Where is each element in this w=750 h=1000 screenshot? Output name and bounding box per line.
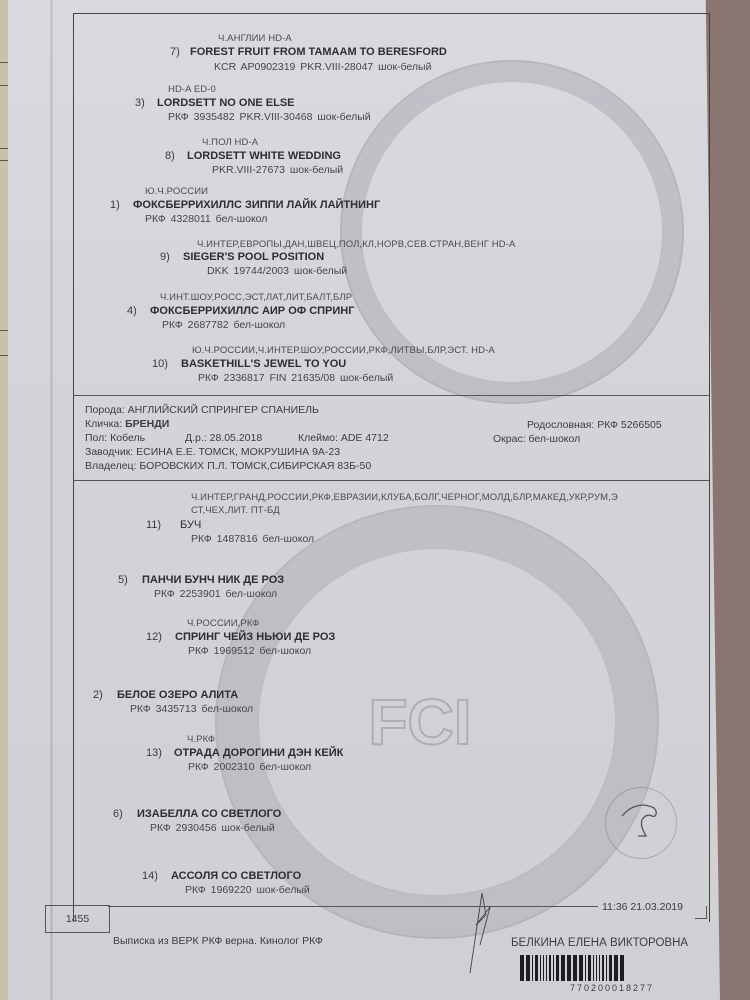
footer-rule bbox=[108, 906, 598, 907]
ancestor-13-titles: Ч.РКФ bbox=[187, 734, 215, 745]
paper-fold bbox=[50, 0, 53, 1000]
ancestor-11-name: БУЧ bbox=[180, 519, 201, 531]
barcode-bar bbox=[540, 955, 541, 981]
ancestor-10-name: BASKETHILL'S JEWEL TO YOU bbox=[181, 358, 346, 370]
breeder-value: Заводчик: ЕСИНА Е.Е. ТОМСК, МОКРУШИНА 9А… bbox=[85, 446, 340, 458]
barcode-bar bbox=[553, 955, 554, 981]
ancestor-2-number: 2) bbox=[93, 689, 103, 701]
ancestor-5-name: ПАНЧИ БУНЧ НИК ДЕ РОЗ bbox=[142, 574, 284, 586]
barcode bbox=[520, 955, 725, 981]
print-timestamp: 11:36 21.03.2019 bbox=[602, 901, 683, 913]
ancestor-8-registration: PKR.VIII-27673 шок-белый bbox=[212, 164, 343, 176]
pedigree-number: Родословная: РКФ 5266505 bbox=[527, 419, 662, 431]
ancestor-1-titles: Ю.Ч.РОССИИ bbox=[145, 186, 208, 197]
tattoo-value: Клеймо: ADE 4712 bbox=[298, 432, 389, 444]
barcode-bar bbox=[602, 955, 604, 981]
barcode-bar bbox=[609, 955, 612, 981]
ancestor-5-number: 5) bbox=[118, 574, 128, 586]
barcode-bar bbox=[546, 955, 547, 981]
frame-corner-mark bbox=[706, 906, 707, 918]
ancestor-12-name: СПРИНГ ЧЕЙЗ НЬЮИ ДЕ РОЗ bbox=[175, 631, 335, 643]
ancestor-9-number: 9) bbox=[160, 251, 170, 263]
barcode-bar bbox=[543, 955, 544, 981]
ancestor-6-name: ИЗАБЕЛЛА СО СВЕТЛОГО bbox=[137, 808, 281, 820]
breed-label: Порода: bbox=[85, 404, 125, 416]
owner-value: Владелец: БОРОВСКИХ П.Л. ТОМСК,СИБИРСКАЯ… bbox=[85, 460, 371, 472]
barcode-bar bbox=[599, 955, 600, 981]
ancestor-1-registration: РКФ 4328011 бел-шокол bbox=[145, 213, 267, 225]
barcode-bar bbox=[593, 955, 594, 981]
document-number-box: 1455 bbox=[45, 905, 110, 933]
ancestor-4-number: 4) bbox=[127, 305, 137, 317]
barcode-bar bbox=[526, 955, 530, 981]
ancestor-1-name: ФОКСБЕРРИХИЛЛС ЗИППИ ЛАЙК ЛАЙТНИНГ bbox=[133, 199, 380, 211]
ancestor-3-registration: РКФ 3935482 PKR.VIII-30468 шок-белый bbox=[168, 111, 371, 123]
ancestor-7-name: FOREST FRUIT FROM TAMAAM TO BERESFORD bbox=[190, 46, 447, 58]
color-value: Окрас: бел-шокол bbox=[493, 433, 580, 445]
ancestor-10-registration: РКФ 2336817 FIN 21635/08 шок-белый bbox=[198, 372, 393, 384]
ancestor-12-registration: РКФ 1969512 бел-шокол bbox=[188, 645, 311, 657]
ancestor-8-number: 8) bbox=[165, 150, 175, 162]
ancestor-4-registration: РКФ 2687782 бел-шокол bbox=[162, 319, 285, 331]
ancestor-14-registration: РКФ 1969220 шок-белый bbox=[185, 884, 310, 896]
signature-icon bbox=[450, 885, 500, 975]
barcode-bar bbox=[620, 955, 624, 981]
ancestor-13-number: 13) bbox=[146, 747, 162, 759]
barcode-bar bbox=[573, 955, 577, 981]
ancestor-7-titles: Ч.АНГЛИИ HD-A bbox=[218, 33, 292, 44]
ancestor-2-registration: РКФ 3435713 бел-шокол bbox=[130, 703, 253, 715]
ancestor-14-name: АССОЛЯ СО СВЕТЛОГО bbox=[171, 870, 301, 882]
sex-value: Пол: Кобель bbox=[85, 432, 145, 444]
barcode-bar bbox=[549, 955, 551, 981]
ancestor-11-number: 11) bbox=[146, 519, 161, 531]
barcode-bar bbox=[588, 955, 591, 981]
name-line: Кличка: БРЕНДИ bbox=[85, 418, 169, 430]
ancestor-6-number: 6) bbox=[113, 808, 123, 820]
section-divider-top bbox=[73, 395, 709, 396]
ancestor-9-titles: Ч.ИНТЕР,ЕВРОПЫ,ДАН,ШВЕЦ,ПОЛ,КЛ,НОРВ,СЕВ.… bbox=[197, 239, 515, 250]
frame-corner-mark-2 bbox=[695, 918, 707, 919]
certification-text: Выписка из ВЕРК РКФ верна. Кинолог РКФ bbox=[113, 935, 323, 947]
signatory-name: БЕЛКИНА ЕЛЕНА ВИКТОРОВНА bbox=[511, 937, 688, 949]
ancestor-7-number: 7) bbox=[170, 46, 180, 58]
ancestor-3-titles: HD-A ED-0 bbox=[168, 84, 216, 95]
ancestor-3-number: 3) bbox=[135, 97, 145, 109]
date-of-birth: Д.р.: 28.05.2018 bbox=[185, 432, 262, 444]
ancestor-3-name: LORDSETT NO ONE ELSE bbox=[157, 97, 295, 109]
barcode-bar bbox=[614, 955, 618, 981]
ancestor-6-registration: РКФ 2930456 шок-белый bbox=[150, 822, 275, 834]
barcode-bar bbox=[585, 955, 586, 981]
ancestor-10-number: 10) bbox=[152, 358, 168, 370]
ancestor-1-number: 1) bbox=[110, 199, 120, 211]
breed-value: АНГЛИЙСКИЙ СПРИНГЕР СПАНИЕЛЬ bbox=[128, 404, 319, 416]
ancestor-9-registration: DKK 19744/2003 шок-белый bbox=[207, 265, 347, 277]
ancestor-13-name: ОТРАДА ДОРОГИНИ ДЭН КЕЙК bbox=[174, 747, 343, 759]
ancestor-13-registration: РКФ 2002310 бел-шокол bbox=[188, 761, 311, 773]
ancestor-14-number: 14) bbox=[142, 870, 158, 882]
adjacent-page-edge bbox=[0, 0, 8, 1000]
barcode-bar bbox=[579, 955, 583, 981]
dog-name-value: БРЕНДИ bbox=[125, 418, 169, 430]
ancestor-10-titles: Ю.Ч.РОССИИ,Ч.ИНТЕР.ШОУ,РОССИИ,РКФ,ЛИТВЫ,… bbox=[192, 345, 495, 356]
barcode-bar bbox=[606, 955, 607, 981]
ancestor-5-registration: РКФ 2253901 бел-шокол bbox=[154, 588, 277, 600]
ancestor-12-number: 12) bbox=[146, 631, 162, 643]
ancestor-11-registration: РКФ 1487816 бел-шокол bbox=[191, 533, 314, 545]
ancestor-9-name: SIEGER'S POOL POSITION bbox=[183, 251, 324, 263]
section-divider-bottom bbox=[73, 480, 709, 481]
ancestor-2-name: БЕЛОЕ ОЗЕРО АЛИТА bbox=[117, 689, 238, 701]
barcode-bar bbox=[596, 955, 597, 981]
barcode-bar bbox=[532, 955, 533, 981]
ancestor-4-titles: Ч.ИНТ.ШОУ,РОСС,ЭСТ,ЛАТ,ЛИТ,БАЛТ,БЛР bbox=[160, 292, 352, 303]
ancestor-8-name: LORDSETT WHITE WEDDING bbox=[187, 150, 341, 162]
name-label: Кличка: bbox=[85, 418, 122, 430]
ancestor-11-titles-cont: СТ,ЧЕХ,ЛИТ. ПТ-БД bbox=[191, 505, 280, 516]
ancestor-12-titles: Ч.РОССИИ,РКФ bbox=[187, 618, 259, 629]
barcode-bar bbox=[556, 955, 559, 981]
ancestor-8-titles: Ч.ПОЛ HD-A bbox=[202, 137, 258, 148]
breed-line: Порода: АНГЛИЙСКИЙ СПРИНГЕР СПАНИЕЛЬ bbox=[85, 404, 319, 416]
ancestor-7-registration: KCR AP0902319 PKR.VIII-28047 шок-белый bbox=[214, 61, 431, 73]
barcode-bar bbox=[535, 955, 538, 981]
barcode-number: 770200018277 bbox=[570, 983, 654, 993]
barcode-bar bbox=[561, 955, 565, 981]
barcode-bar bbox=[520, 955, 524, 981]
ancestor-4-name: ФОКСБЕРРИХИЛЛС АИР ОФ СПРИНГ bbox=[150, 305, 354, 317]
ancestor-11-titles: Ч.ИНТЕР,ГРАНД,РОССИИ,РКФ,ЕВРАЗИИ,КЛУБА,Б… bbox=[191, 492, 618, 503]
barcode-bar bbox=[567, 955, 571, 981]
